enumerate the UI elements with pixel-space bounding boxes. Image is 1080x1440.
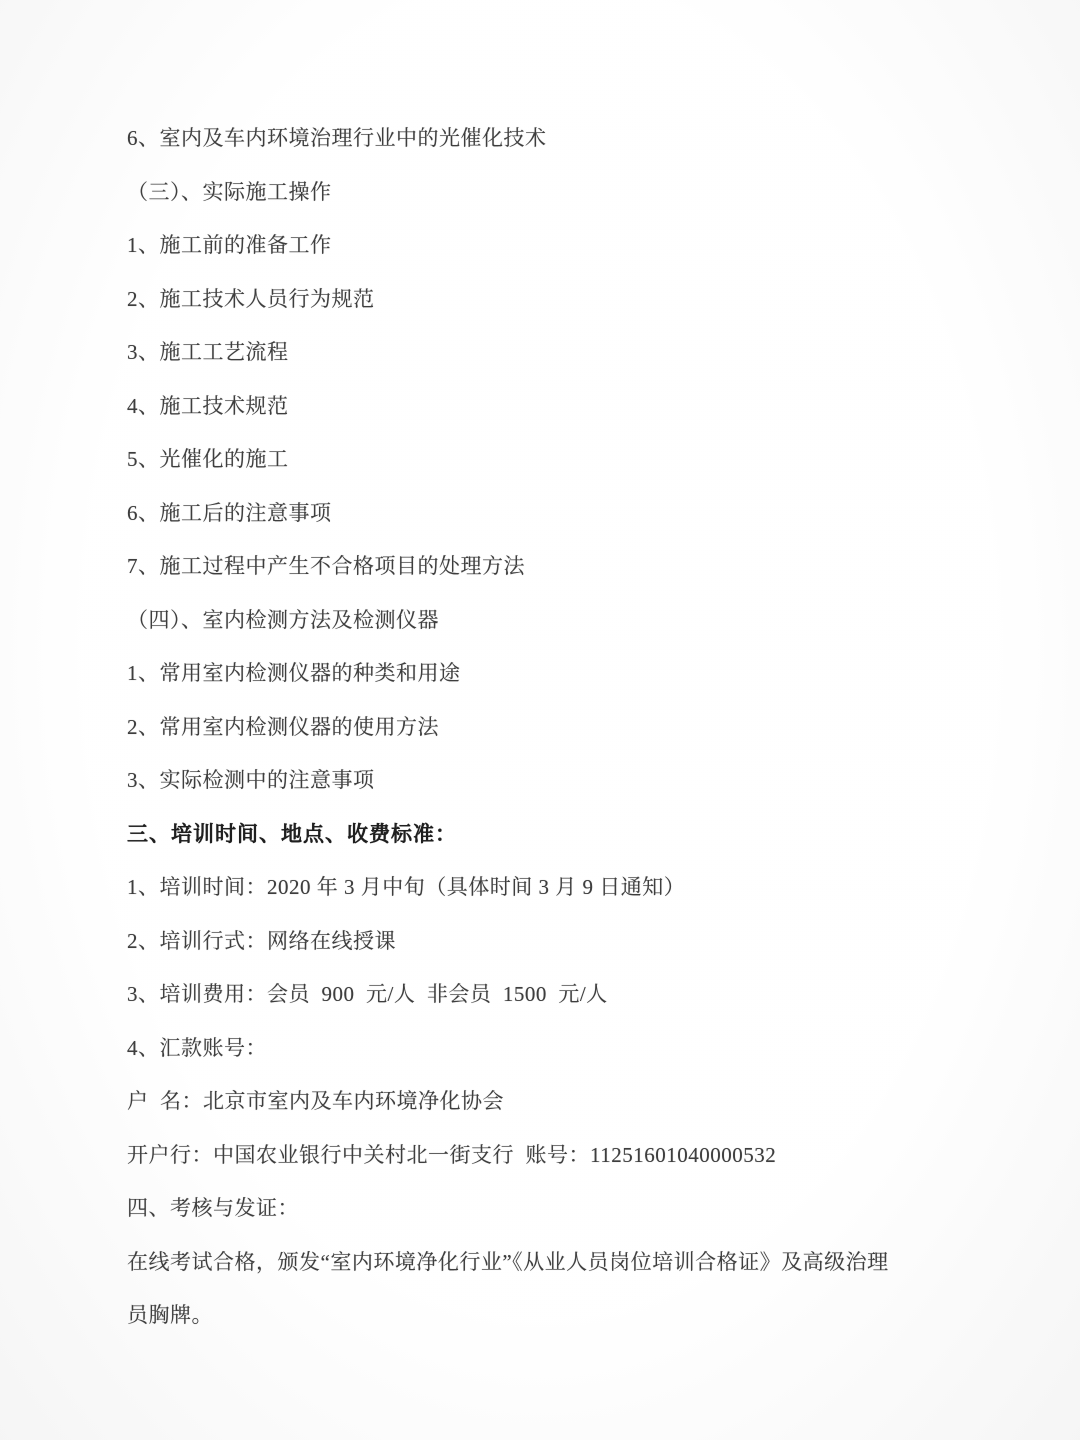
document-line: （四）、室内检测方法及检测仪器 (127, 594, 930, 648)
document-line: 开户行：中国农业银行中关村北一街支行 账号：11251601040000532 (127, 1129, 930, 1183)
section-heading: 三、培训时间、地点、收费标准： (127, 808, 930, 862)
document-line: 4、汇款账号： (127, 1022, 930, 1076)
document-text-block: 6、室内及车内环境治理行业中的光催化技术 （三）、实际施工操作 1、施工前的准备… (127, 112, 930, 1343)
document-line: 1、培训时间：2020 年 3 月中旬（具体时间 3 月 9 日通知） (127, 861, 930, 915)
document-line: 2、培训行式：网络在线授课 (127, 915, 930, 969)
document-line: 1、常用室内检测仪器的种类和用途 (127, 647, 930, 701)
document-line: 3、培训费用：会员 900 元/人 非会员 1500 元/人 (127, 968, 930, 1022)
document-line: 3、实际检测中的注意事项 (127, 754, 930, 808)
document-line: 7、施工过程中产生不合格项目的处理方法 (127, 540, 930, 594)
document-line: 在线考试合格，颁发“室内环境净化行业”《从业人员岗位培训合格证》及高级治理 (127, 1236, 930, 1290)
document-line: 2、常用室内检测仪器的使用方法 (127, 701, 930, 755)
document-line: 2、施工技术人员行为规范 (127, 273, 930, 327)
document-line: 员胸牌。 (127, 1289, 930, 1343)
document-line: （三）、实际施工操作 (127, 166, 930, 220)
document-line: 户 名：北京市室内及车内环境净化协会 (127, 1075, 930, 1129)
document-page: 6、室内及车内环境治理行业中的光催化技术 （三）、实际施工操作 1、施工前的准备… (0, 0, 1080, 1440)
document-line: 四、考核与发证： (127, 1182, 930, 1236)
document-line: 4、施工技术规范 (127, 380, 930, 434)
document-line: 6、施工后的注意事项 (127, 487, 930, 541)
document-line: 6、室内及车内环境治理行业中的光催化技术 (127, 112, 930, 166)
document-line: 1、施工前的准备工作 (127, 219, 930, 273)
document-line: 3、施工工艺流程 (127, 326, 930, 380)
document-line: 5、光催化的施工 (127, 433, 930, 487)
